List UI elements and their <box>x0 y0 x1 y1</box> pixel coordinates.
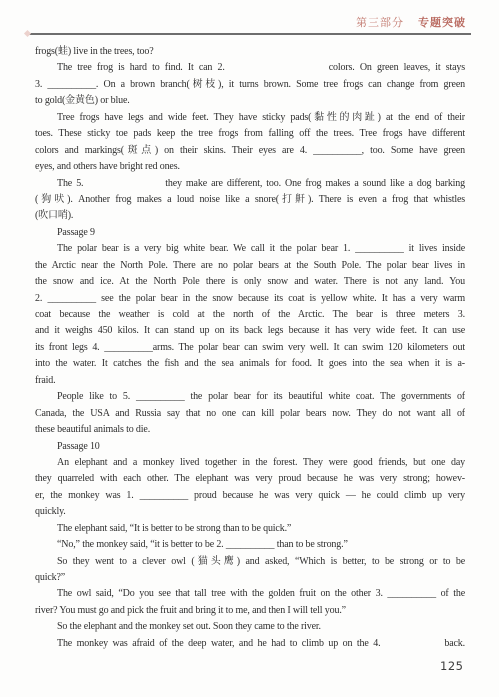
text-line: fraid. <box>35 373 465 389</box>
header-section-label: 第三部分 <box>356 16 404 29</box>
text-line: So the elephant and the monkey set out. … <box>35 619 465 635</box>
text-line: So they went to a clever owl (猫头鹰) and a… <box>35 554 465 570</box>
text-line: The monkey was afraid of the deep water,… <box>35 636 465 652</box>
text-line: colors and markings(斑点) on their skins. … <box>35 143 465 159</box>
text-line: they quarreled with each other. The elep… <box>35 471 465 487</box>
header-rule <box>28 33 471 35</box>
text-line: (狗吠). Another frog makes a loud noise li… <box>35 192 465 208</box>
page-header: 第三部分专题突破 <box>356 14 466 30</box>
text-line: coat because the weather is cold at the … <box>35 307 465 323</box>
text-line: quickly. <box>35 504 465 520</box>
text-line: river? You must go and pick the fruit an… <box>35 603 465 619</box>
text-line: The tree frog is hard to find. It can 2.… <box>35 60 465 76</box>
textbook-page: 第三部分专题突破 frogs(蛙) live in the trees, too… <box>0 0 499 697</box>
text-line: 2. __________ see the polar bear in the … <box>35 291 465 307</box>
text-line: the Arctic near the North Pole. There ar… <box>35 258 465 274</box>
text-line: its front legs 4. __________arms. The po… <box>35 340 465 356</box>
text-line: frogs(蛙) live in the trees, too? <box>35 44 465 60</box>
header-section-title: 专题突破 <box>418 16 466 29</box>
text-line: the snow and ice. At the North Pole ther… <box>35 274 465 290</box>
text-line: into the water. It catches the fish and … <box>35 356 465 372</box>
text-line: Passage 9 <box>35 225 465 241</box>
page-body: frogs(蛙) live in the trees, too?The tree… <box>35 44 465 652</box>
text-line: er, the monkey was 1. __________ proud b… <box>35 488 465 504</box>
text-line: The 5. they make are different, too. One… <box>35 176 465 192</box>
text-line: quick?” <box>35 570 465 586</box>
text-line: Passage 10 <box>35 439 465 455</box>
text-line: these beautiful animals to die. <box>35 422 465 438</box>
text-line: and it weighs 450 kilos. It can stand up… <box>35 323 465 339</box>
text-line: People like to 5. __________ the polar b… <box>35 389 465 405</box>
text-line: to gold(金黄色) or blue. <box>35 93 465 109</box>
text-line: (吹口哨). <box>35 208 465 224</box>
text-line: An elephant and a monkey lived together … <box>35 455 465 471</box>
text-line: “No,” the monkey said, “it is better to … <box>35 537 465 553</box>
rule-end-mark <box>24 30 31 37</box>
text-line: The polar bear is a very big white bear.… <box>35 241 465 257</box>
text-line: 3. __________. On a brown branch(树枝), it… <box>35 77 465 93</box>
text-line: toes. These sticky toe pads keep the tre… <box>35 126 465 142</box>
text-line: The elephant said, “It is better to be s… <box>35 521 465 537</box>
text-line: Canada, the USA and Russia say that no o… <box>35 406 465 422</box>
text-line: Tree frogs have legs and wide feet. They… <box>35 110 465 126</box>
page-number: 125 <box>440 659 463 673</box>
text-line: eyes, and others have bright red ones. <box>35 159 465 175</box>
text-line: The owl said, “Do you see that tall tree… <box>35 586 465 602</box>
